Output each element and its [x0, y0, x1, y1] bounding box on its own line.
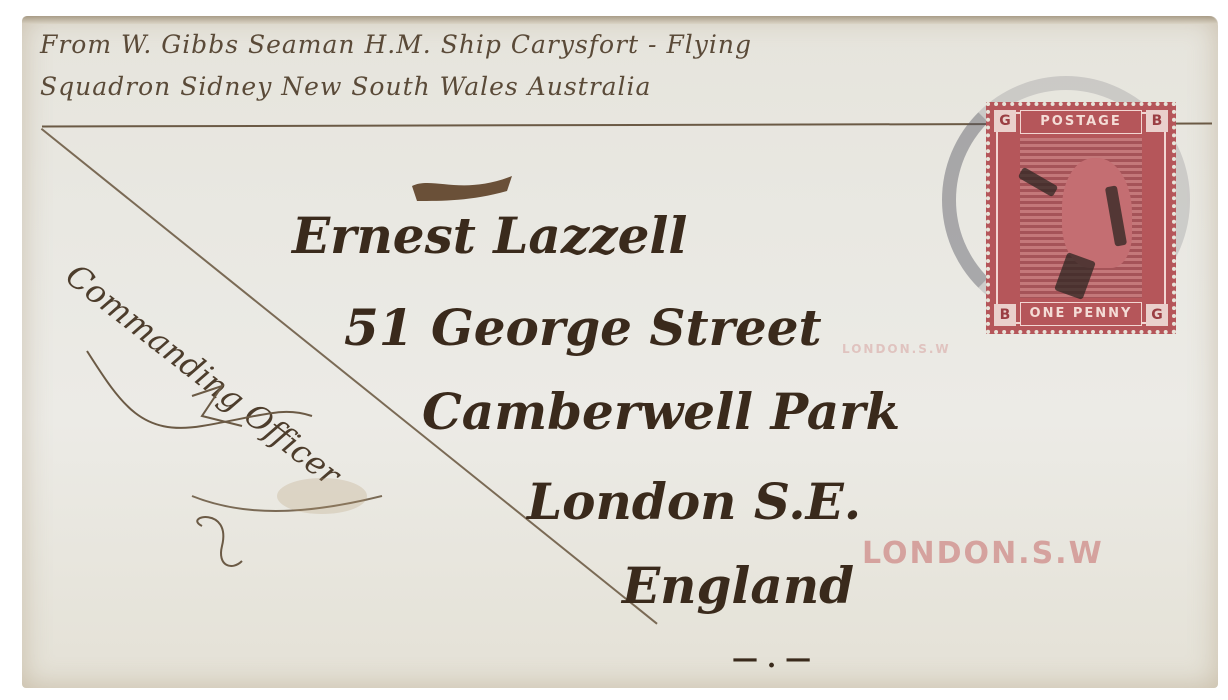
ink-blot: [402, 156, 542, 216]
stamp-value-label: ONE PENNY: [1020, 302, 1142, 326]
stamp-corner-letter: G: [994, 110, 1016, 132]
postage-stamp-one-penny: POSTAGE ONE PENNY G B B G: [986, 102, 1176, 334]
stamp-corner-letter: G: [1146, 304, 1168, 326]
stamp-corner-letter: B: [1146, 110, 1168, 132]
stamp-postage-label: POSTAGE: [1020, 110, 1142, 134]
envelope-top-edge: [22, 16, 1218, 24]
faint-red-marking: LONDON.S.W: [842, 342, 951, 356]
signature-scrawl: [82, 346, 442, 576]
address-city: London S.E.: [527, 472, 861, 531]
address-district: Camberwell Park: [422, 382, 900, 441]
sender-note-line-1: From W. Gibbs Seaman H.M. Ship Carysfort…: [40, 30, 752, 59]
address-country: England: [622, 556, 854, 615]
sender-note-line-2: Squadron Sidney New South Wales Australi…: [40, 72, 651, 101]
red-postmark-fragment: LONDON.S.W: [862, 536, 1104, 571]
address-underline: — . —: [732, 644, 811, 674]
stamp-corner-letter: B: [994, 304, 1016, 326]
